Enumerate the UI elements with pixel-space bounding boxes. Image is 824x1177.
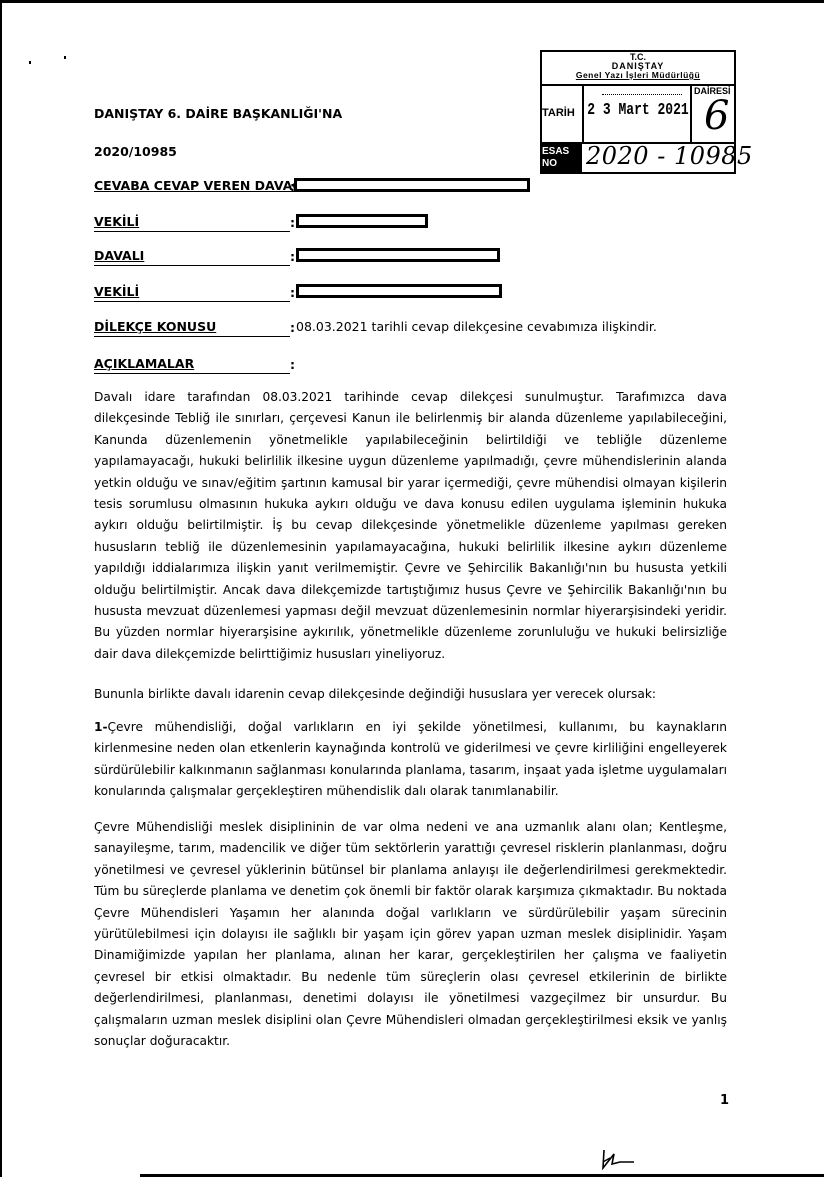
scan-border-left: [0, 0, 2, 1177]
addressee-court: DANIŞTAY 6. DAİRE BAŞKANLIĞI'NA: [94, 106, 342, 121]
stamp-case-row: ESAS NO 2020 - 10985: [542, 142, 734, 174]
field-colon: :: [290, 357, 295, 372]
field-defendant-attorney: VEKİLİ :: [94, 284, 694, 304]
field-label: VEKİLİ: [94, 214, 139, 229]
item-text: Çevre mühendisliği, doğal varlıkların en…: [94, 720, 727, 798]
field-value: 08.03.2021 tarihli cevap dilekçesine cev…: [296, 319, 657, 334]
stamp-case-label-2: NO: [542, 158, 582, 170]
field-label: AÇIKLAMALAR: [94, 356, 194, 371]
stamp-chamber-cell: DAİRESİ 6: [690, 84, 734, 142]
field-label: DAVALI: [94, 248, 144, 263]
field-defendant: DAVALI :: [94, 248, 694, 268]
stamp-date-dots: [602, 94, 682, 96]
paragraph-2: Bununla birlikte davalı idarenin cevap d…: [94, 684, 727, 705]
field-underline: [94, 301, 290, 302]
field-underline: [94, 265, 290, 266]
field-petition-subject: DİLEKÇE KONUSU : 08.03.2021 tarihli ceva…: [94, 319, 694, 339]
stamp-line3: Genel Yazı İşleri Müdürlüğü: [542, 71, 734, 80]
stamp-chamber-number: 6: [704, 94, 729, 138]
field-plaintiff: CEVABA CEVAP VEREN DAVACI :: [94, 178, 694, 198]
page-number: 1: [720, 1093, 729, 1108]
field-colon: :: [290, 215, 295, 230]
received-stamp: T.C. DANIŞTAY Genel Yazı İşleri Müdürlüğ…: [540, 50, 736, 174]
scan-speck: [64, 56, 66, 59]
field-label: VEKİLİ: [94, 284, 139, 299]
stamp-case-label: ESAS NO: [542, 144, 582, 174]
case-number: 2020/10985: [94, 144, 177, 159]
paragraph-3: 1-Çevre mühendisliği, doğal varlıkların …: [94, 717, 727, 803]
field-underline: [94, 231, 290, 232]
field-underline: [94, 336, 290, 337]
paragraph-1: Davalı idare tarafından 08.03.2021 tarih…: [94, 387, 727, 665]
stamp-case-number: 2020 - 10985: [586, 142, 753, 170]
field-label: DİLEKÇE KONUSU: [94, 319, 216, 334]
field-explanations: AÇIKLAMALAR :: [94, 356, 694, 376]
scan-border-top: [0, 0, 824, 3]
stamp-date-label: TARİH: [542, 84, 584, 142]
redaction-box: [294, 178, 530, 192]
field-colon: :: [290, 285, 295, 300]
field-colon: :: [290, 249, 295, 264]
signature-icon: [600, 1148, 640, 1170]
stamp-date: 2 3 Mart 2021: [586, 100, 690, 120]
item-number: 1-: [94, 720, 108, 734]
redaction-box: [296, 284, 502, 298]
field-label: CEVABA CEVAP VEREN DAVACI: [94, 178, 306, 193]
field-underline: [94, 373, 290, 374]
field-plaintiff-attorney: VEKİLİ :: [94, 214, 694, 234]
redaction-box: [296, 214, 428, 228]
field-colon: :: [290, 320, 295, 335]
stamp-case-label-1: ESAS: [542, 146, 582, 158]
redaction-box: [296, 248, 500, 262]
scan-speck: [29, 61, 31, 64]
stamp-header: T.C. DANIŞTAY Genel Yazı İşleri Müdürlüğ…: [542, 52, 734, 86]
paragraph-4: Çevre Mühendisliği meslek disiplininin d…: [94, 817, 727, 1052]
